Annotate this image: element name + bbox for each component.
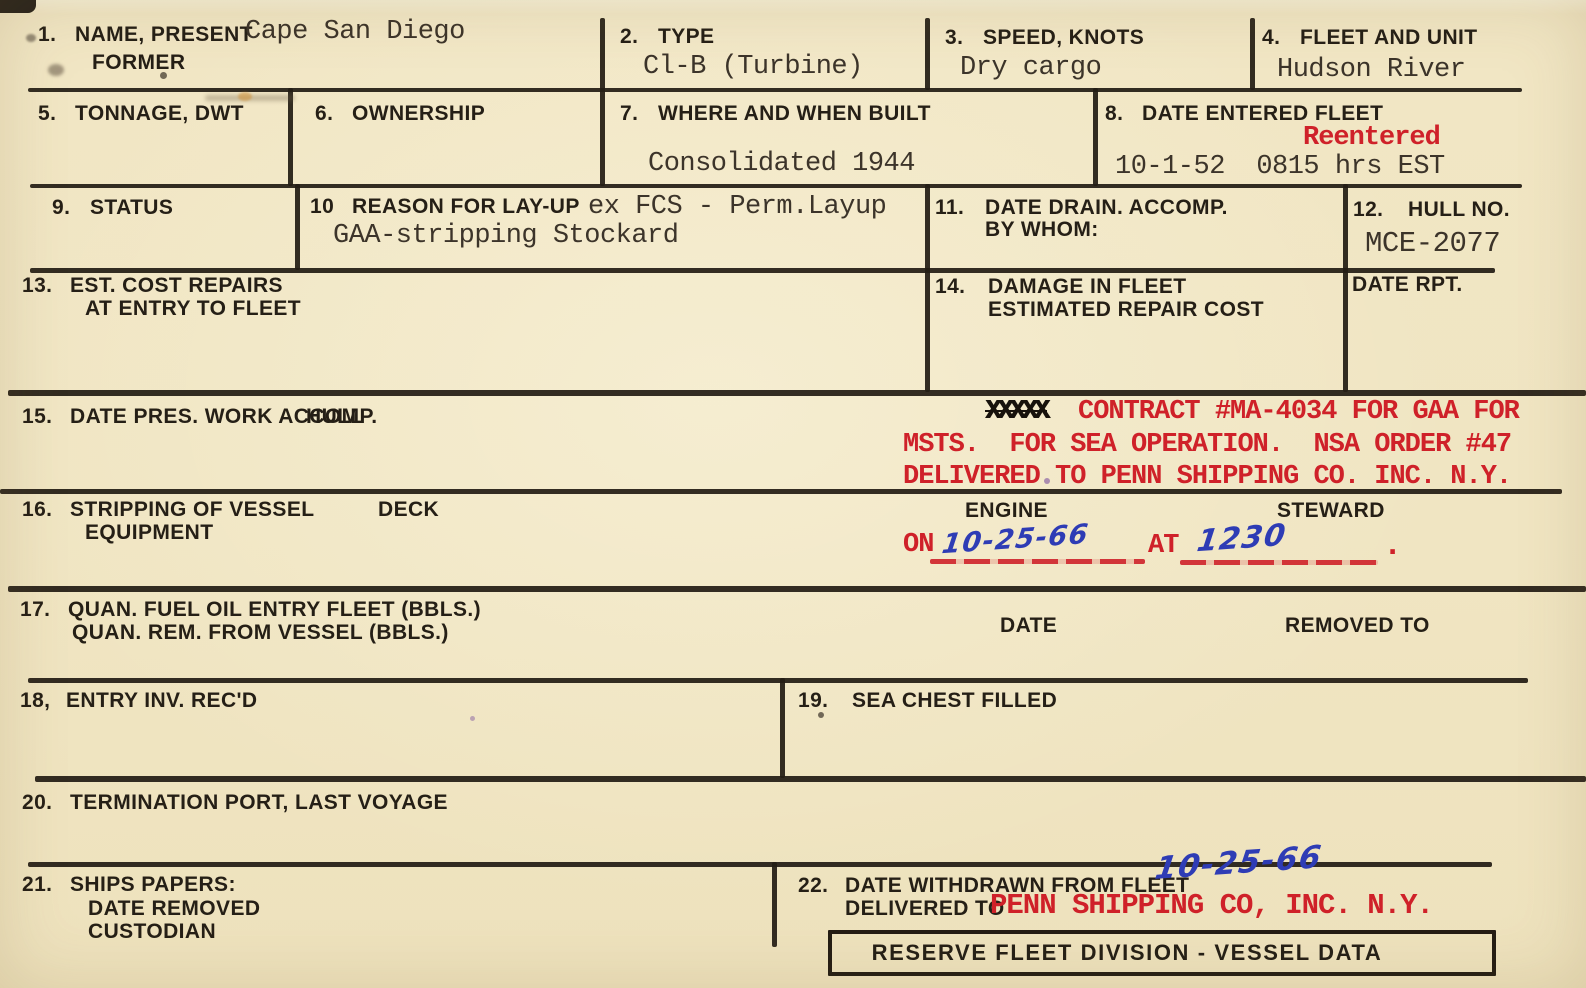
grid-line-v bbox=[1250, 18, 1255, 90]
field-19-label: SEA CHEST FILLED bbox=[852, 690, 1057, 713]
field-9-label: STATUS bbox=[90, 197, 173, 220]
field-14-label: DAMAGE IN FLEET bbox=[988, 276, 1187, 299]
field-16-steward-column-label: STEWARD bbox=[1277, 500, 1385, 523]
grid-line-v bbox=[772, 862, 777, 947]
field-7-number: 7. bbox=[620, 103, 638, 126]
field-7-value: Consolidated 1944 bbox=[648, 150, 915, 180]
field-1-number: 1. bbox=[38, 24, 56, 47]
field-13-label-line2: AT ENTRY TO FLEET bbox=[85, 298, 301, 321]
field-15-stamp-line2: MSTS. FOR SEA OPERATION. NSA ORDER #47 bbox=[903, 431, 1511, 461]
grid-line-v bbox=[1343, 268, 1348, 392]
field-17-label: QUAN. FUEL OIL ENTRY FLEET (BBLS.) bbox=[68, 599, 481, 622]
field-16-on-stamp: ON bbox=[903, 531, 933, 561]
ink-smudge bbox=[26, 34, 36, 42]
field-11-by-whom-label: BY WHOM: bbox=[985, 219, 1099, 242]
grid-line-v bbox=[780, 678, 785, 778]
grid-line-v bbox=[1093, 88, 1098, 186]
grid-line-v bbox=[925, 184, 930, 270]
field-20-label: TERMINATION PORT, LAST VOYAGE bbox=[70, 792, 448, 815]
field-12-label: HULL NO. bbox=[1408, 199, 1510, 222]
field-8-reentered-stamp: Reentered bbox=[1303, 124, 1440, 154]
grid-line-v bbox=[925, 268, 930, 392]
field-22-date-handwritten: 10-25-66 bbox=[1153, 842, 1324, 885]
field-15-hull-column-label: HULL bbox=[306, 406, 364, 429]
field-17-date-column-label: DATE bbox=[1000, 615, 1057, 638]
field-5-label: TONNAGE, DWT bbox=[75, 103, 244, 126]
field-15-stamp-line3: DELIVERED TO PENN SHIPPING CO. INC. N.Y. bbox=[903, 463, 1511, 493]
field-6-label: OWNERSHIP bbox=[352, 103, 485, 126]
ink-smudge bbox=[205, 95, 295, 101]
field-17-removed-to-column-label: REMOVED TO bbox=[1285, 615, 1430, 638]
field-4-number: 4. bbox=[1262, 27, 1280, 50]
field-1-former-label: FORMER bbox=[92, 52, 185, 75]
grid-line-v bbox=[288, 88, 293, 186]
vessel-data-card: 1. NAME, PRESENT Cape San Diego FORMER 2… bbox=[0, 0, 1586, 988]
field-1-label: NAME, PRESENT bbox=[75, 24, 253, 47]
field-8-value: 10-1-52 0815 hrs EST bbox=[1115, 153, 1445, 183]
paper-stain bbox=[238, 92, 252, 101]
ink-speck bbox=[470, 716, 475, 721]
field-18-label: ENTRY INV. REC'D bbox=[66, 690, 258, 713]
field-2-label: TYPE bbox=[658, 26, 714, 49]
grid-line-h bbox=[28, 678, 1528, 683]
field-16-time-handwritten: 1230 bbox=[1195, 521, 1289, 558]
scan-corner-mark bbox=[0, 0, 36, 13]
field-14-label-line2: ESTIMATED REPAIR COST bbox=[988, 299, 1264, 322]
footer-title-box: RESERVE FLEET DIVISION - VESSEL DATA bbox=[828, 930, 1496, 976]
grid-line-h bbox=[35, 776, 1586, 782]
field-16-at-stamp: AT bbox=[1148, 532, 1178, 562]
field-10-number: 10 bbox=[310, 196, 334, 219]
field-21-number: 21. bbox=[22, 874, 52, 897]
field-3-label: SPEED, KNOTS bbox=[983, 27, 1144, 50]
stamp-underline bbox=[1180, 560, 1378, 565]
field-15-stamp-line1: CONTRACT #MA-4034 FOR GAA FOR bbox=[1078, 398, 1519, 428]
grid-line-h bbox=[8, 390, 1586, 396]
field-15-number: 15. bbox=[22, 406, 52, 429]
field-1-value: Cape San Diego bbox=[245, 18, 465, 48]
grid-line-v bbox=[925, 18, 930, 90]
field-17-label-line2: QUAN. REM. FROM VESSEL (BBLS.) bbox=[72, 622, 449, 645]
grid-line-v bbox=[1343, 184, 1348, 270]
field-4-label: FLEET AND UNIT bbox=[1300, 27, 1477, 50]
field-16-label-line2: EQUIPMENT bbox=[85, 522, 213, 545]
field-2-value: Cl-B (Turbine) bbox=[643, 53, 863, 83]
field-5-number: 5. bbox=[38, 103, 56, 126]
date-rpt-label: DATE RPT. bbox=[1352, 274, 1463, 297]
grid-line-h bbox=[30, 184, 1522, 188]
field-16-engine-column-label: ENGINE bbox=[965, 500, 1048, 523]
field-2-number: 2. bbox=[620, 26, 638, 49]
field-21-date-removed-label: DATE REMOVED bbox=[88, 898, 260, 921]
grid-line-v bbox=[600, 88, 605, 186]
field-16-label: STRIPPING OF VESSEL bbox=[70, 499, 314, 522]
grid-line-v bbox=[295, 184, 300, 270]
field-21-custodian-label: CUSTODIAN bbox=[88, 921, 216, 944]
field-22-delivered-to-label: DELIVERED TO bbox=[845, 898, 1005, 921]
ink-smudge bbox=[48, 64, 64, 76]
field-12-number: 12. bbox=[1353, 199, 1383, 222]
field-13-label: EST. COST REPAIRS bbox=[70, 275, 283, 298]
field-18-number: 18, bbox=[20, 690, 50, 713]
field-17-number: 17. bbox=[20, 599, 50, 622]
stamp-underline bbox=[930, 559, 1145, 564]
field-20-number: 20. bbox=[22, 792, 52, 815]
footer-title: RESERVE FLEET DIVISION - VESSEL DATA bbox=[872, 941, 1453, 965]
ink-speck bbox=[818, 712, 824, 718]
field-11-label: DATE DRAIN. ACCOMP. bbox=[985, 197, 1228, 220]
field-15-obliterated-text: XXXXX bbox=[985, 398, 1046, 428]
field-14-number: 14. bbox=[935, 276, 965, 299]
field-16-number: 16. bbox=[22, 499, 52, 522]
field-3-value: Dry cargo bbox=[960, 54, 1101, 84]
field-16-deck-column-label: DECK bbox=[378, 499, 439, 522]
field-9-number: 9. bbox=[52, 197, 70, 220]
field-4-value: Hudson River bbox=[1277, 56, 1465, 86]
field-19-number: 19. bbox=[798, 690, 828, 713]
field-12-value: MCE-2077 bbox=[1365, 228, 1500, 260]
field-13-number: 13. bbox=[22, 275, 52, 298]
field-10-label: REASON FOR LAY-UP bbox=[352, 196, 580, 219]
grid-line-h bbox=[30, 268, 1495, 273]
field-7-label: WHERE AND WHEN BUILT bbox=[658, 103, 931, 126]
grid-line-v bbox=[600, 18, 605, 90]
field-6-number: 6. bbox=[315, 103, 333, 126]
field-11-number: 11. bbox=[935, 197, 964, 220]
field-16-date-handwritten: 10-25-66 bbox=[940, 521, 1091, 559]
field-22-delivered-to-value: PENN SHIPPING CO, INC. N.Y. bbox=[990, 890, 1433, 922]
field-3-number: 3. bbox=[945, 27, 963, 50]
field-21-label: SHIPS PAPERS: bbox=[70, 874, 236, 897]
field-10-value: ex FCS - Perm.Layup bbox=[588, 193, 886, 223]
grid-line-h bbox=[8, 586, 1586, 592]
field-22-number: 22. bbox=[798, 875, 828, 898]
field-10-value-line2: GAA-stripping Stockard bbox=[333, 222, 678, 252]
field-8-number: 8. bbox=[1105, 103, 1123, 126]
grid-line-h bbox=[28, 88, 1522, 92]
field-16-period-stamp: . bbox=[1383, 528, 1401, 563]
